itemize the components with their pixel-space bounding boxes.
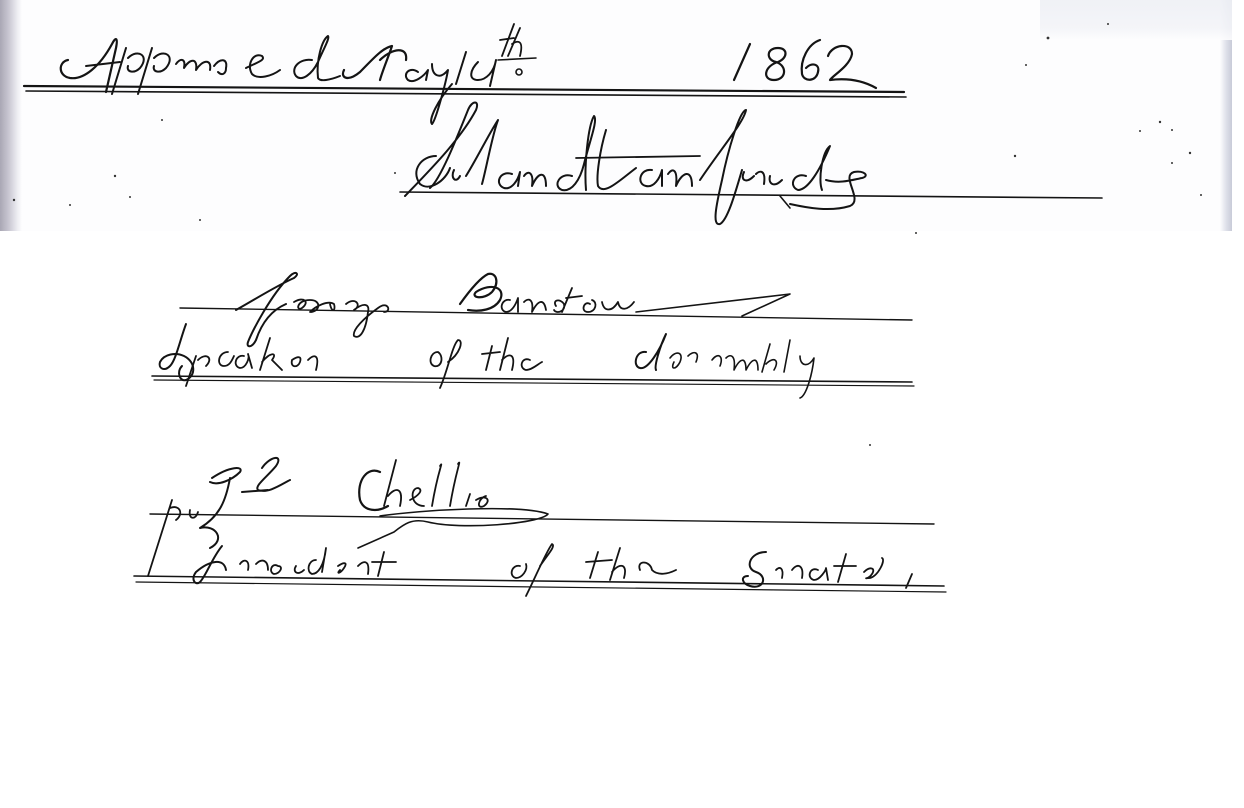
- speaker-block: [152, 273, 914, 398]
- approval-line: [24, 24, 906, 124]
- handwriting-canvas: [0, 0, 1244, 808]
- governor-signature: [400, 103, 1102, 225]
- senate-president-block: [134, 458, 946, 596]
